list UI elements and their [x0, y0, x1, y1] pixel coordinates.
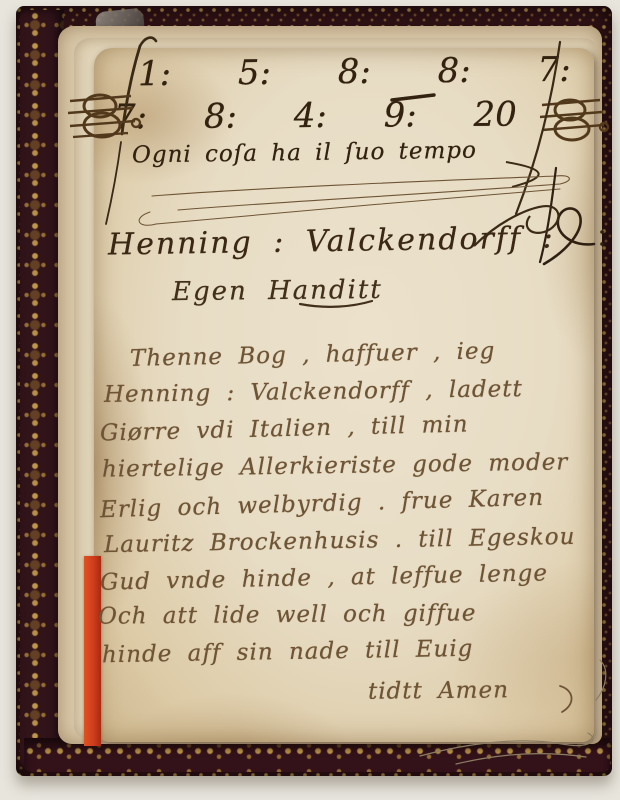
- manuscript-body-line: Och att lide well och giffue: [98, 600, 477, 629]
- owner-name-line: Henning : Valckendorff :: [108, 220, 555, 262]
- italian-motto: Ogni coſa ha il ſuo tempo: [132, 138, 477, 169]
- pen-trial-numbers-row-1: 1: 5: 8: 8: 7:: [138, 50, 571, 95]
- manuscript-body-line: tidtt Amen: [368, 677, 509, 704]
- red-bookmark-ribbon: [84, 556, 101, 746]
- manuscript-photo: { "colors": { "background": "#e8e5dd", "…: [0, 0, 620, 800]
- own-hand-line: Egen Handitt: [172, 275, 383, 307]
- pen-trial-numbers-row-2: 7: 8: 4: 9: 20: [114, 95, 517, 138]
